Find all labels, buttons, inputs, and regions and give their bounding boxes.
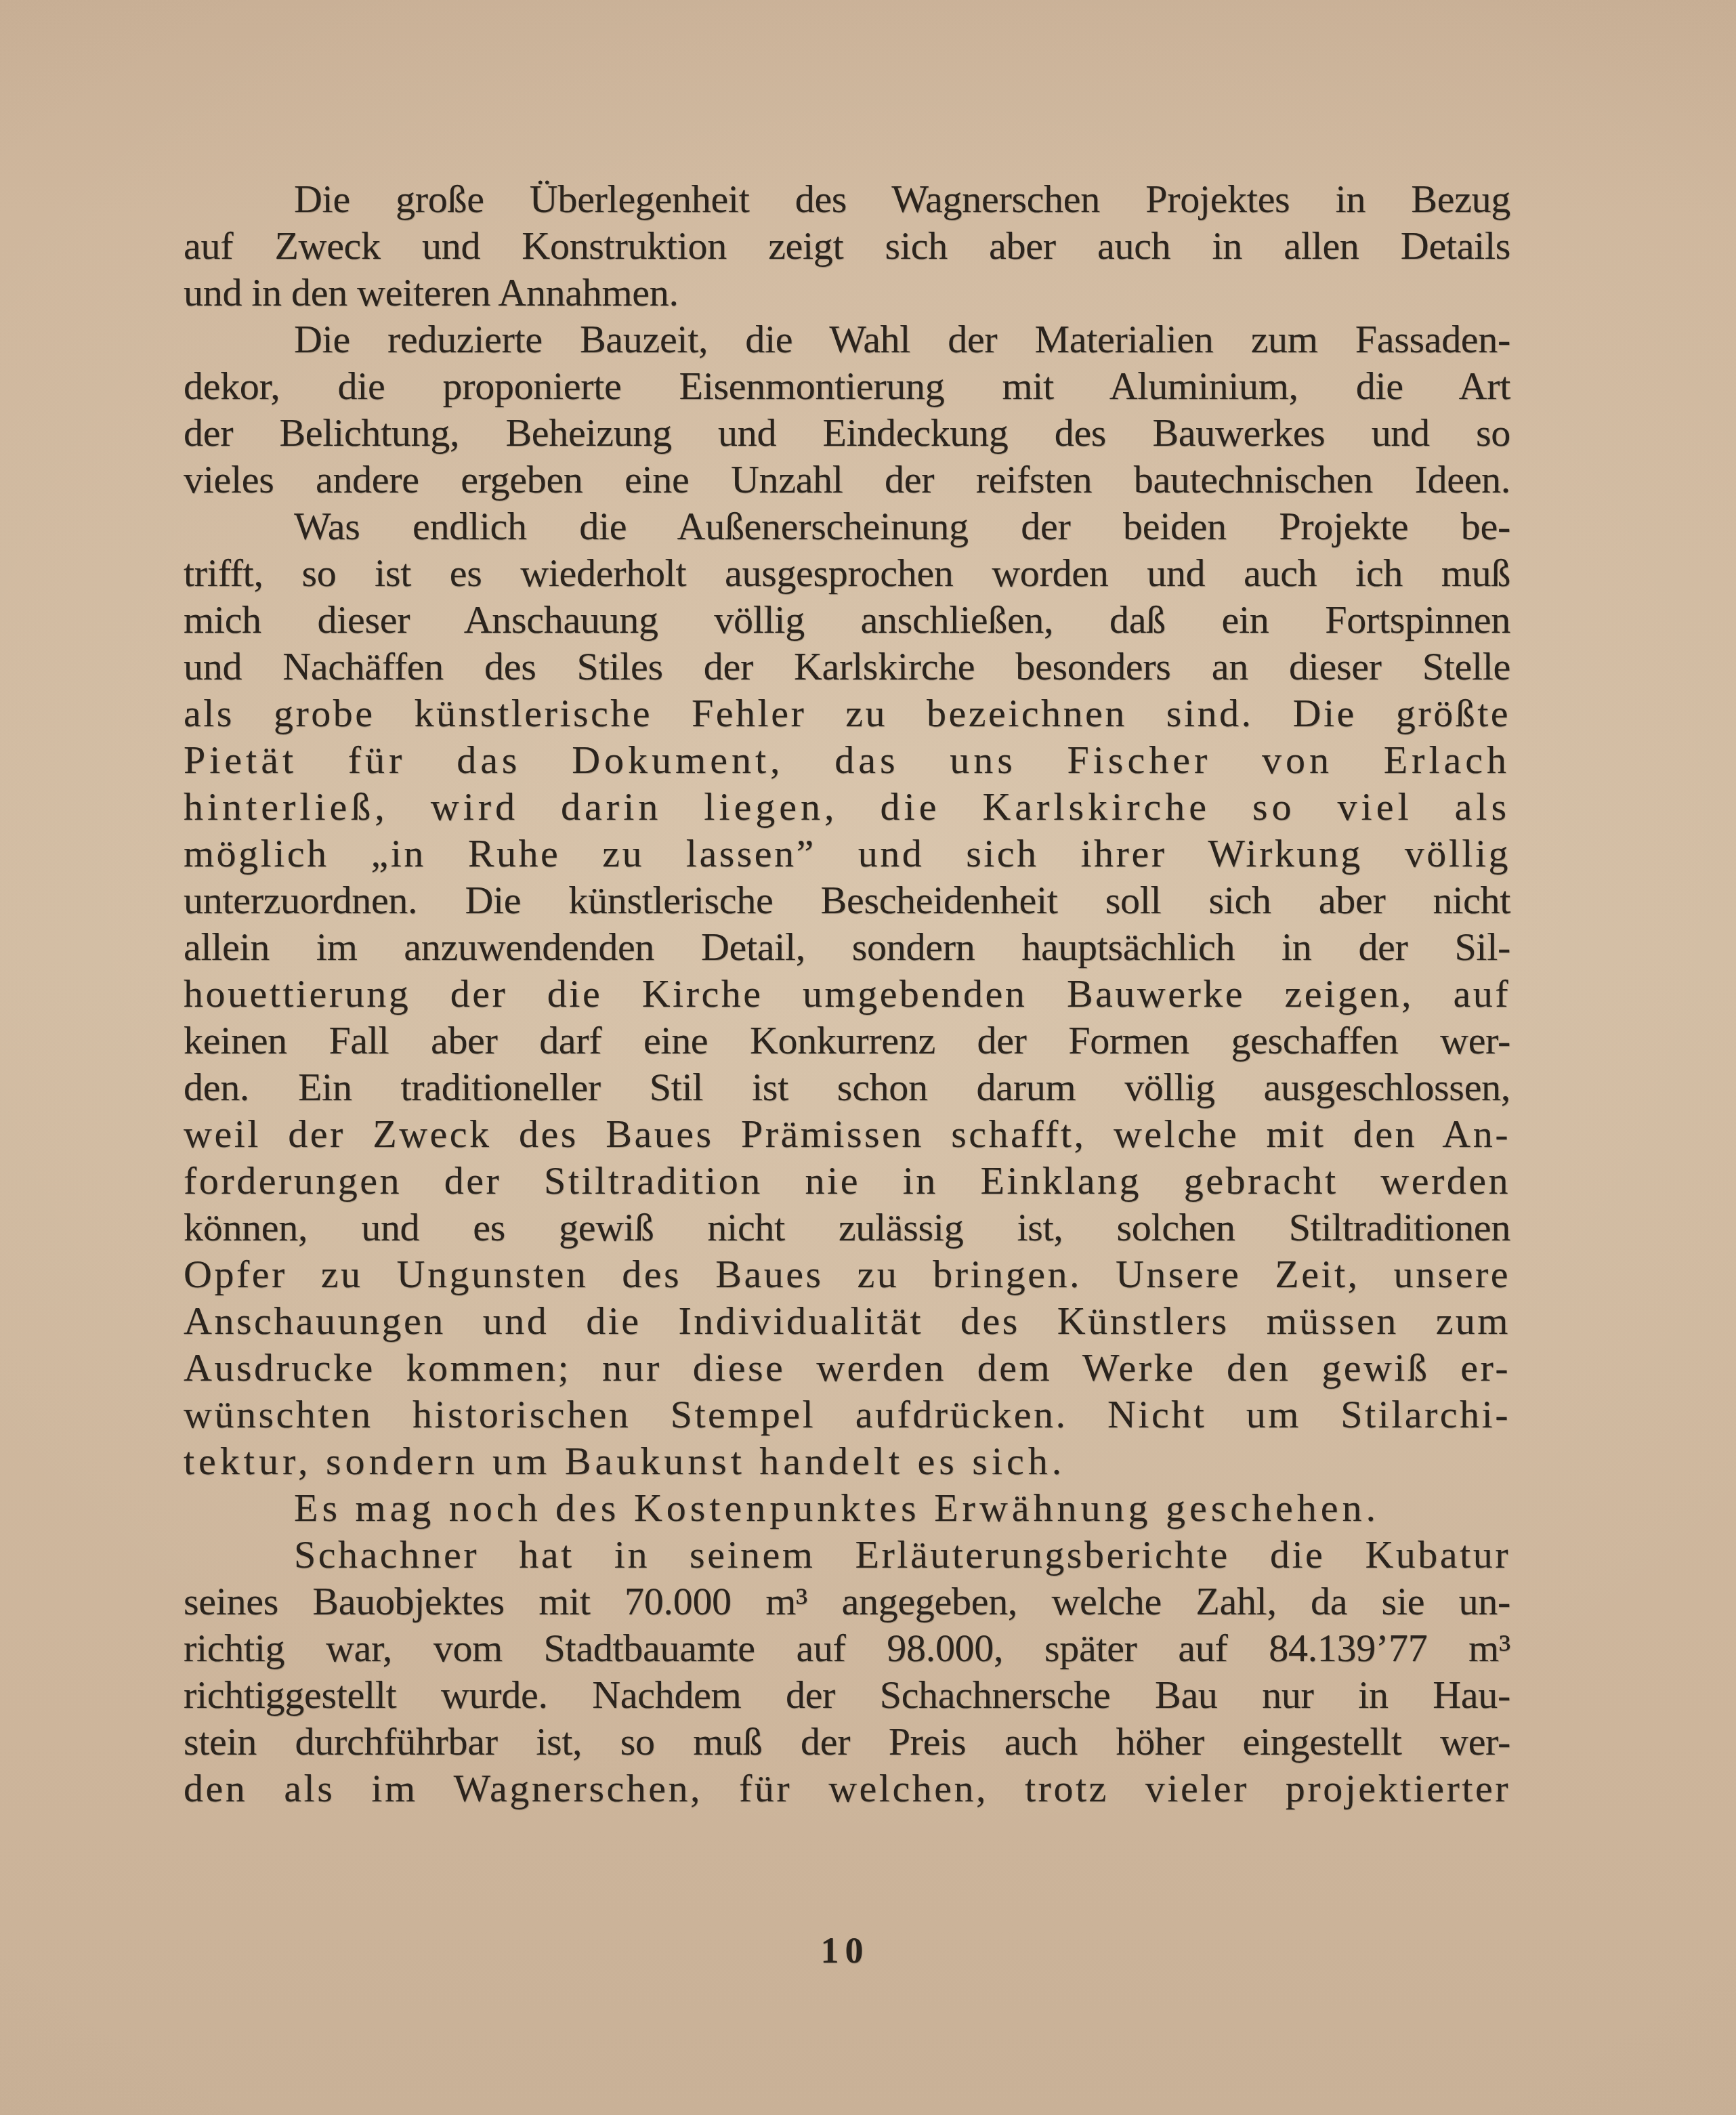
text-line: als grobe künstlerische Fehler zu bezeic… (184, 690, 1510, 736)
paragraph: Die reduzierte Bauzeit, die Wahl der Mat… (184, 316, 1510, 503)
text-line: und Nachäffen des Stiles der Karlskirche… (184, 643, 1510, 690)
paragraph: Schachner hat in seinem Erläuterungsberi… (184, 1531, 1510, 1812)
text-line: möglich „in Ruhe zu lassen” und sich ihr… (184, 830, 1510, 877)
text-line: allein im anzuwendenden Detail, sondern … (184, 923, 1510, 970)
paragraph: Die große Überlegenheit des Wagnerschen … (184, 175, 1510, 316)
text-line: Pietät für das Dokument, das uns Fischer… (184, 736, 1510, 783)
text-line: houettierung der die Kirche umgebenden B… (184, 970, 1510, 1017)
text-line: forderungen der Stiltradition nie in Ein… (184, 1157, 1510, 1204)
text-line: richtiggestellt wurde. Nachdem der Schac… (184, 1671, 1510, 1718)
page-text-block: Die große Überlegenheit des Wagnerschen … (184, 175, 1510, 1812)
page-number: 10 (0, 1929, 1713, 1971)
text-line: richtig war, vom Stadtbauamte auf 98.000… (184, 1625, 1510, 1671)
scanned-book-page: { "page": { "folio": "10", "paragraphs":… (0, 0, 1736, 2115)
text-line: mich dieser Anschauung völlig anschließe… (184, 596, 1510, 643)
text-line: stein durchführbar ist, so muß der Preis… (184, 1718, 1510, 1765)
text-line: tektur, sondern um Baukunst handelt es s… (184, 1438, 1510, 1484)
paragraph: Was endlich die Außenerscheinung der bei… (184, 503, 1510, 1484)
paragraph: Es mag noch des Kostenpunktes Erwähnung … (184, 1484, 1510, 1531)
paper-background: Die große Überlegenheit des Wagnerschen … (0, 0, 1736, 2115)
text-line: dekor, die proponierte Eisenmontierung m… (184, 362, 1510, 409)
text-line: Opfer zu Ungunsten des Baues zu bringen.… (184, 1251, 1510, 1297)
text-line: vieles andere ergeben eine Unzahl der re… (184, 456, 1510, 503)
text-line: Was endlich die Außenerscheinung der bei… (184, 503, 1510, 549)
text-line: und in den weiteren Annahmen. (184, 269, 1510, 316)
text-line: auf Zweck und Konstruktion zeigt sich ab… (184, 222, 1510, 269)
text-line: trifft, so ist es wiederholt ausgesproch… (184, 549, 1510, 596)
text-line: seines Bauobjektes mit 70.000 m³ angegeb… (184, 1578, 1510, 1625)
text-line: Die große Überlegenheit des Wagnerschen … (184, 175, 1510, 222)
text-line: wünschten historischen Stempel aufdrücke… (184, 1391, 1510, 1438)
text-line: Es mag noch des Kostenpunktes Erwähnung … (184, 1484, 1510, 1531)
text-line: Die reduzierte Bauzeit, die Wahl der Mat… (184, 316, 1510, 362)
text-line: weil der Zweck des Baues Prämissen schaf… (184, 1110, 1510, 1157)
text-line: den als im Wagnerschen, für welchen, tro… (184, 1765, 1510, 1812)
text-line: den. Ein traditioneller Stil ist schon d… (184, 1064, 1510, 1110)
text-line: Anschauungen und die Individualität des … (184, 1297, 1510, 1344)
text-line: Schachner hat in seinem Erläuterungsberi… (184, 1531, 1510, 1578)
text-line: der Belichtung, Beheizung und Eindeckung… (184, 409, 1510, 456)
text-line: können, und es gewiß nicht zulässig ist,… (184, 1204, 1510, 1251)
text-line: hinterließ, wird darin liegen, die Karls… (184, 783, 1510, 830)
text-line: keinen Fall aber darf eine Konkurrenz de… (184, 1017, 1510, 1064)
text-line: unterzuordnen. Die künstlerische Beschei… (184, 877, 1510, 923)
text-line: Ausdrucke kommen; nur diese werden dem W… (184, 1344, 1510, 1391)
